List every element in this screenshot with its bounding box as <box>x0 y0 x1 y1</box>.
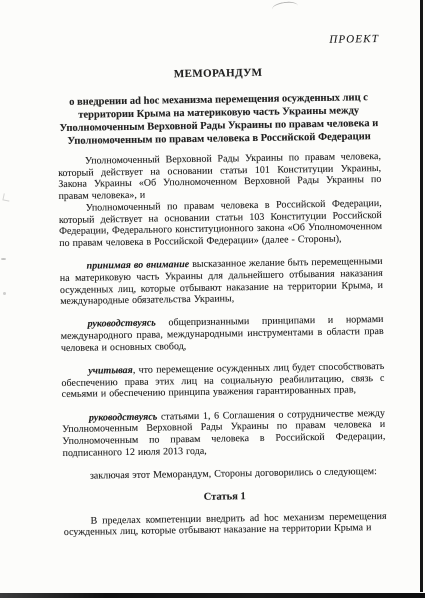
scan-speck <box>1 258 6 260</box>
scan-edge-bottom <box>0 593 425 598</box>
paragraph: заключая этот Меморандум, Стороны догово… <box>63 466 386 483</box>
draft-stamp: ПРОЕКТ <box>56 33 379 50</box>
document-subtitle: о внедрении ad hoc механизма перемещения… <box>57 91 381 148</box>
scanned-document-page: ПРОЕКТ МЕМОРАНДУМ о внедрении ad hoc мех… <box>0 0 425 600</box>
paragraph-lead: руководствуясь <box>89 411 157 423</box>
paragraph: учитывая, что перемещение осужденных лиц… <box>61 361 385 401</box>
paragraph: руководствуясь общепризнанными принципам… <box>60 314 384 354</box>
paragraphs: Уполномоченный Верховной Рады Украины по… <box>58 151 386 483</box>
paragraph: руководствуясь статьями 1, 6 Соглашения … <box>62 408 386 460</box>
scan-smudge <box>271 0 298 15</box>
scan-speck <box>2 193 10 201</box>
document-title: МЕМОРАНДУМ <box>57 65 380 82</box>
scan-speck <box>3 292 6 295</box>
article-paragraph: В пределах компетенции внедрить ad hoc м… <box>64 511 387 539</box>
paragraph-lead: учитывая <box>88 365 133 377</box>
article-heading: Статья 1 <box>63 489 386 505</box>
paragraph: Уполномоченный по правам человека в Росс… <box>59 198 383 250</box>
paragraph-lead: руководствуясь <box>87 318 155 330</box>
paragraph: Уполномоченный Верховной Рады Украины по… <box>58 151 382 203</box>
paragraph: принимая во внимание высказанное желание… <box>60 256 384 308</box>
scan-edge-right <box>420 0 423 592</box>
paragraph-lead: принимая во внимание <box>87 259 190 272</box>
document-content: ПРОЕКТ МЕМОРАНДУМ о внедрении ad hoc мех… <box>56 33 387 539</box>
